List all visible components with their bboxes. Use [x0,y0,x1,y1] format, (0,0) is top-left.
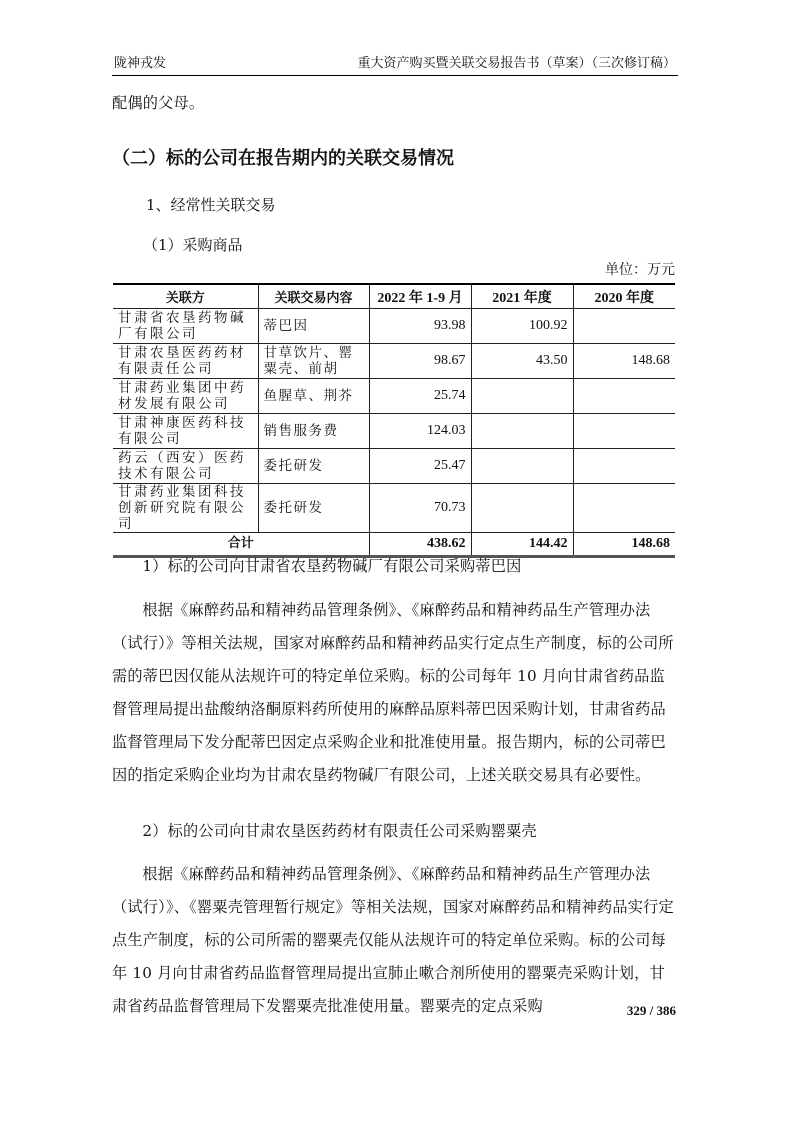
cell-2020: 148.68 [573,344,675,379]
table-row: 甘肃神康医药科技有限公司 销售服务费 124.03 [113,414,675,449]
cell-2022: 98.67 [369,344,471,379]
header-document-title: 重大资产购买暨关联交易报告书（草案）（三次修订稿） [357,55,676,73]
cell-2022: 25.47 [369,449,471,484]
subheading-purchase-goods: （1）采购商品 [143,234,243,256]
cell-2021 [471,379,573,414]
table-row: 甘肃药业集团中药材发展有限公司 鱼腥草、荆芥 25.74 [113,379,675,414]
table-row: 甘肃省农垦药物碱厂有限公司 蒂巴因 93.98 100.92 [113,309,675,344]
cell-2020 [573,379,675,414]
item2-title: 2）标的公司向甘肃农垦医药药材有限责任公司采购罂粟壳 [112,815,678,848]
item1-title: 1）标的公司向甘肃省农垦药物碱厂有限公司采购蒂巴因 [112,550,678,583]
cell-party: 甘肃药业集团中药材发展有限公司 [113,379,258,414]
cell-2021 [471,484,573,533]
page-header: 陇神戎发 重大资产购买暨关联交易报告书（草案）（三次修订稿） [112,55,678,76]
header-company-name: 陇神戎发 [114,55,166,73]
cell-party: 甘肃药业集团科技创新研究院有限公司 [113,484,258,533]
cell-party: 甘肃农垦医药药材有限责任公司 [113,344,258,379]
item1-body: 根据《麻醉药品和精神药品管理条例》、《麻醉药品和精神药品生产管理办法（试行）》等… [112,594,678,792]
table-header-row: 关联方 关联交易内容 2022 年 1-9 月 2021 年度 2020 年度 [113,284,675,309]
cell-2020 [573,484,675,533]
cell-content: 销售服务费 [258,414,369,449]
intro-text: 配偶的父母。 [112,87,678,120]
cell-2021 [471,449,573,484]
cell-content: 委托研发 [258,449,369,484]
cell-party: 甘肃神康医药科技有限公司 [113,414,258,449]
column-header-2022: 2022 年 1-9 月 [369,284,471,309]
item2-body: 根据《麻醉药品和精神药品管理条例》、《麻醉药品和精神药品生产管理办法（试行）》、… [112,858,678,1023]
page-number: 329 / 386 [627,1003,676,1019]
cell-2021 [471,414,573,449]
cell-2022: 25.74 [369,379,471,414]
table-row: 甘肃农垦医药药材有限责任公司 甘草饮片、罂粟壳、前胡 98.67 43.50 1… [113,344,675,379]
column-header-party: 关联方 [113,284,258,309]
column-header-2020: 2020 年度 [573,284,675,309]
cell-party: 甘肃省农垦药物碱厂有限公司 [113,309,258,344]
related-transactions-table: 关联方 关联交易内容 2022 年 1-9 月 2021 年度 2020 年度 … [113,283,675,558]
column-header-content: 关联交易内容 [258,284,369,309]
cell-content: 委托研发 [258,484,369,533]
table-row: 甘肃药业集团科技创新研究院有限公司 委托研发 70.73 [113,484,675,533]
cell-2021: 43.50 [471,344,573,379]
cell-content: 甘草饮片、罂粟壳、前胡 [258,344,369,379]
cell-2022: 93.98 [369,309,471,344]
cell-2020 [573,449,675,484]
cell-2020 [573,309,675,344]
cell-2022: 70.73 [369,484,471,533]
cell-2021: 100.92 [471,309,573,344]
cell-content: 鱼腥草、荆芥 [258,379,369,414]
cell-2022: 124.03 [369,414,471,449]
cell-2020 [573,414,675,449]
subheading-recurring-transactions: 1、经常性关联交易 [146,194,276,216]
cell-content: 蒂巴因 [258,309,369,344]
unit-label: 单位：万元 [605,260,675,280]
cell-party: 药云（西安）医药技术有限公司 [113,449,258,484]
column-header-2021: 2021 年度 [471,284,573,309]
table-row: 药云（西安）医药技术有限公司 委托研发 25.47 [113,449,675,484]
section-heading: （二）标的公司在报告期内的关联交易情况 [112,146,454,172]
